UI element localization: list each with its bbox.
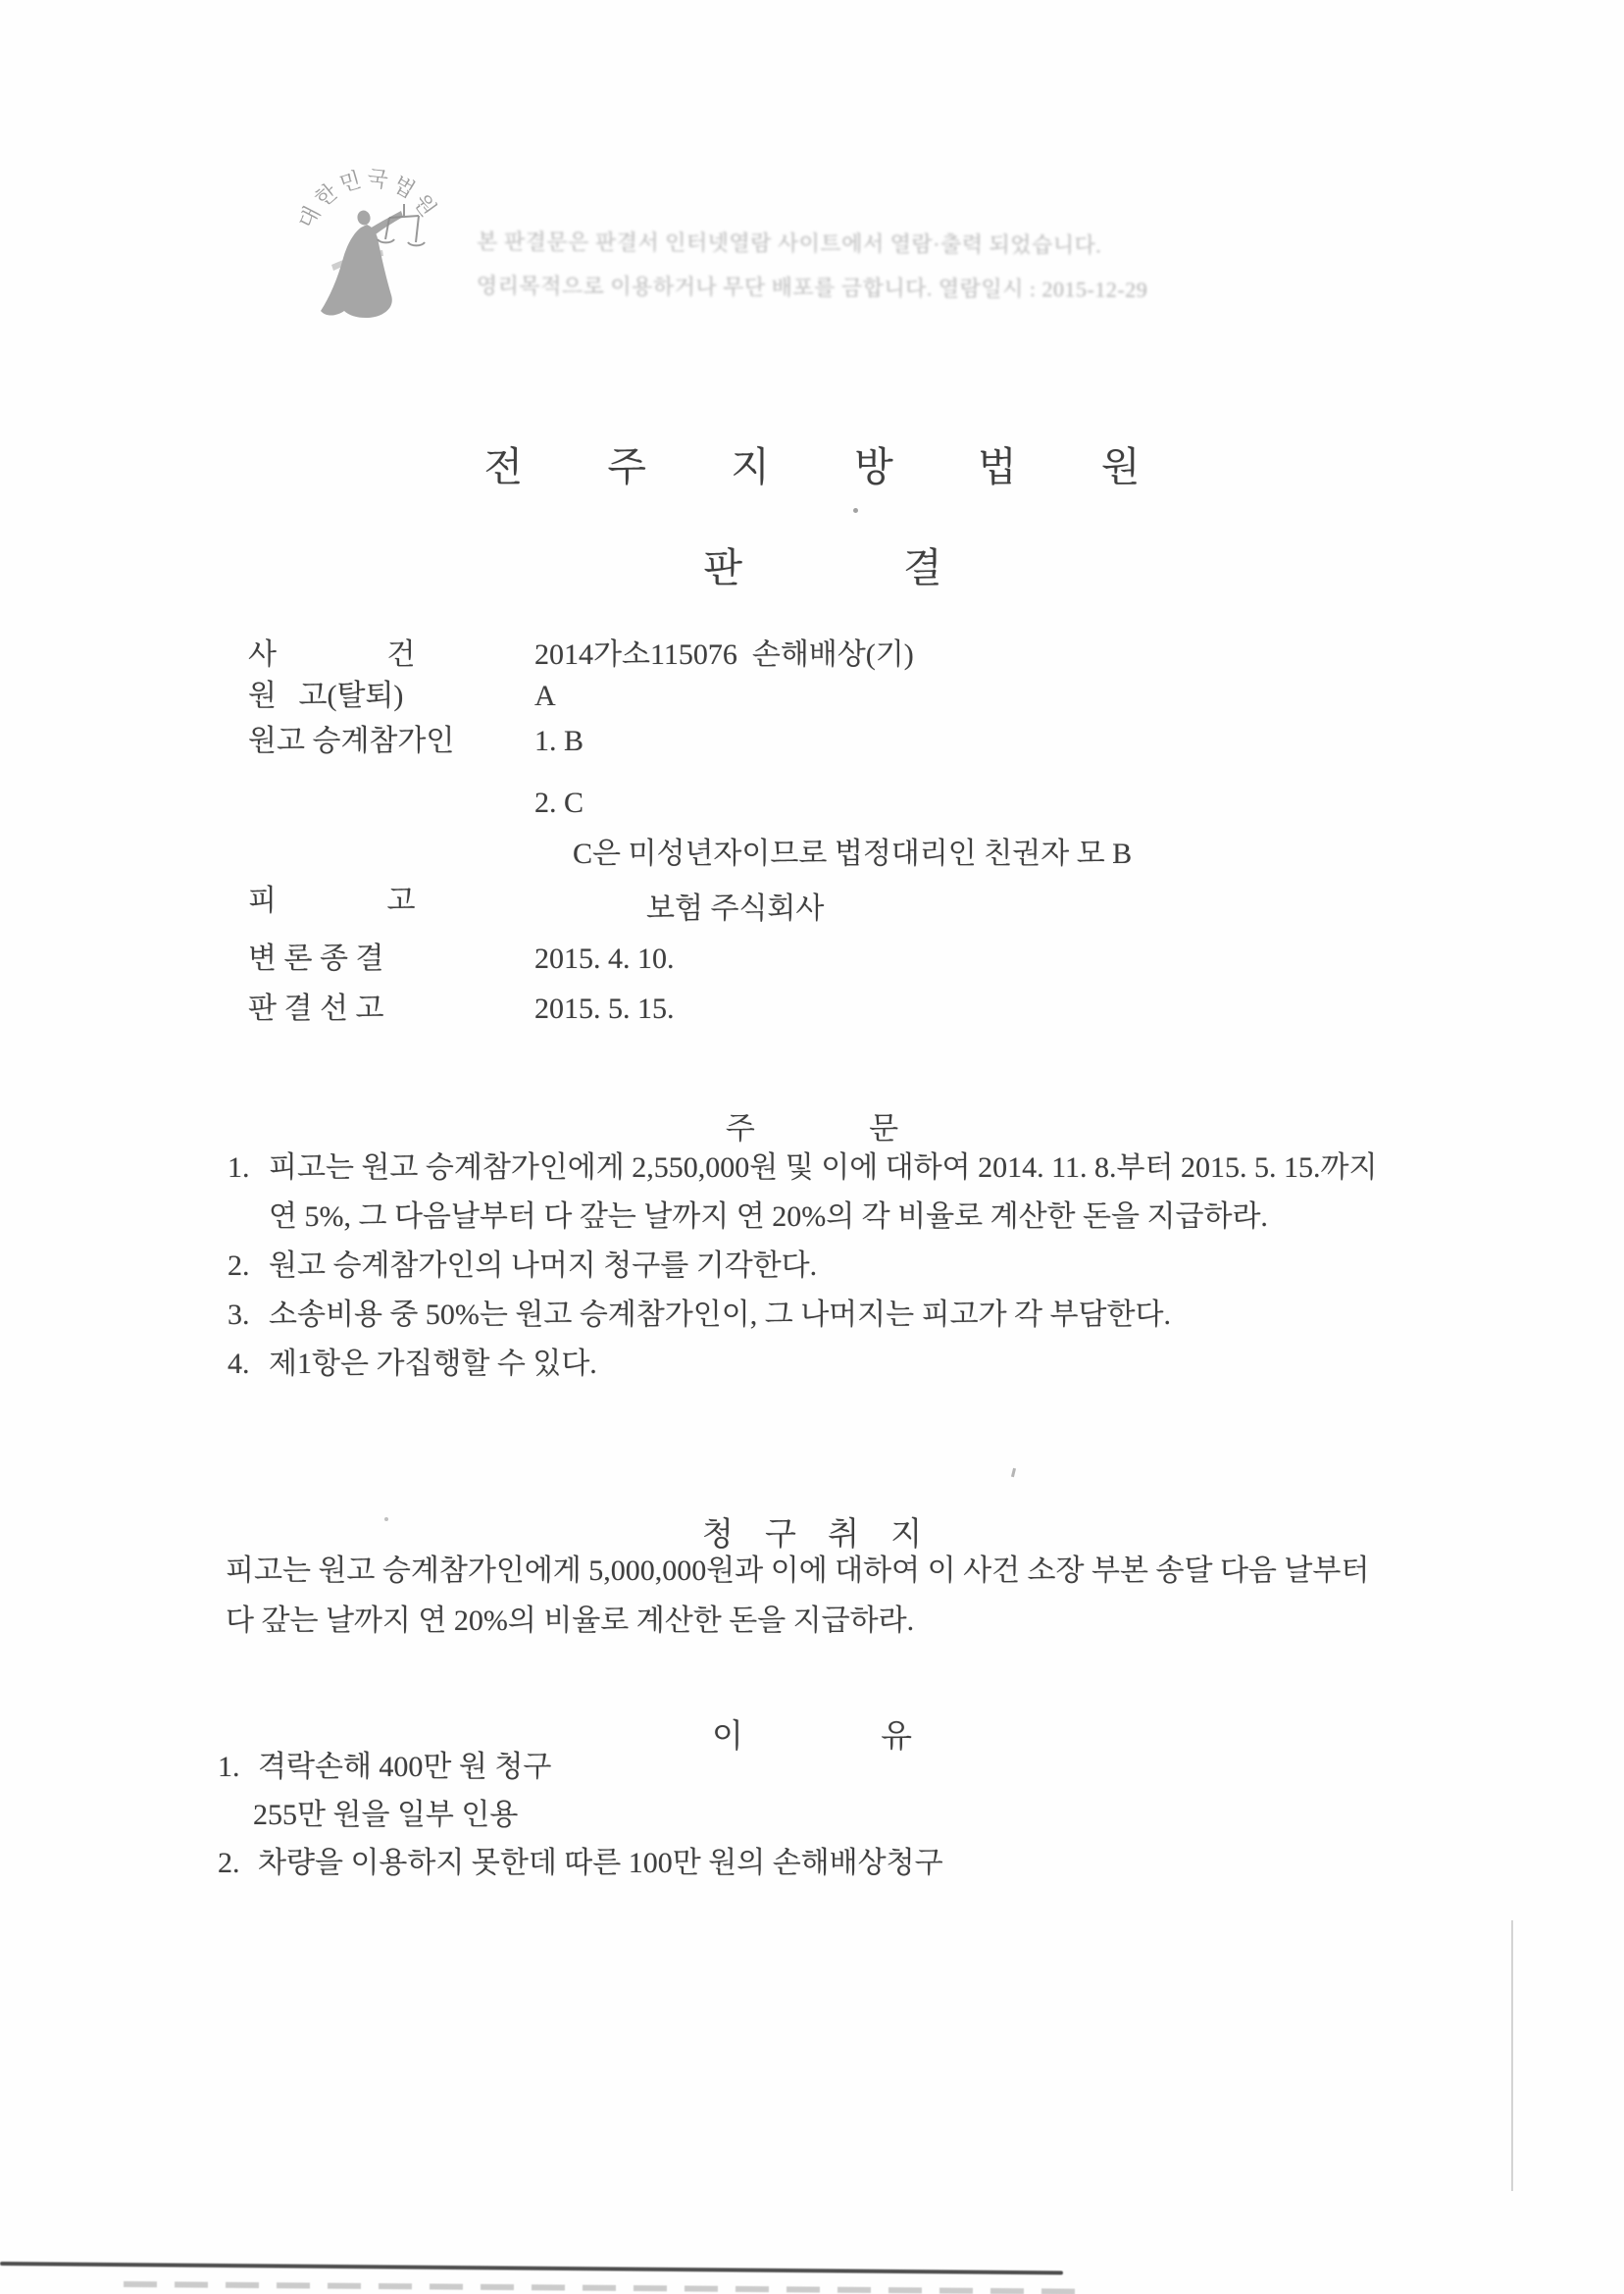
judgment-title: 판 결 bbox=[0, 535, 1624, 593]
scan-edge-band-bottom bbox=[124, 2281, 1085, 2294]
order-item-text: 원고 승계참가인의 나머지 청구를 기각한다. bbox=[269, 1249, 817, 1282]
scan-edge-line-right bbox=[1511, 1920, 1513, 2191]
reason-item-number: 2. bbox=[218, 1844, 258, 1883]
reason-item-number: 1. bbox=[218, 1748, 258, 1787]
court-name-title: 전 주 지 방 법 원 bbox=[0, 434, 1624, 492]
order-item-text: 피고는 원고 승계참가인에게 2,550,000원 및 이에 대하여 2014.… bbox=[269, 1151, 1377, 1233]
claim-body-text: 피고는 원고 승계참가인에게 5,000,000원과 이에 대하여 이 사건 소… bbox=[226, 1546, 1398, 1646]
judgment-date-label: 판 결 선 고 bbox=[248, 990, 383, 1029]
order-item-1: 1.피고는 원고 승계참가인에게 2,550,000원 및 이에 대하여 201… bbox=[228, 1144, 1400, 1242]
successor-value-2: 2. C bbox=[534, 784, 584, 823]
legal-representative-row: C은 미성년자이므로 법정대리인 친권자 모 B bbox=[0, 835, 1624, 874]
order-item-text: 제1항은 가집행할 수 있다. bbox=[269, 1348, 597, 1380]
lady-justice-figure bbox=[321, 209, 403, 318]
order-item-number: 3. bbox=[228, 1291, 269, 1340]
plaintiff-label: 원 고(탈퇴) bbox=[248, 677, 403, 716]
order-item-2: 2.원고 승계참가인의 나머지 청구를 기각한다. bbox=[228, 1242, 1400, 1291]
judgment-date-row: 판 결 선 고 2015. 5. 15. bbox=[0, 990, 1624, 1029]
scan-edge-line-bottom bbox=[0, 2262, 1063, 2274]
plaintiff-value: A bbox=[534, 677, 556, 716]
scan-speck bbox=[853, 508, 858, 513]
watermark-line-2: 영리목적으로 이용하거나 무단 배포를 금합니다. 열람일시 : 2015-12… bbox=[477, 264, 1202, 313]
watermark-line-1: 본 판결문은 판결서 인터넷열람 사이트에서 열람·출력 되었습니다. bbox=[477, 220, 1202, 269]
successor-row-2: 2. C bbox=[0, 784, 1624, 823]
scan-speck bbox=[1011, 1468, 1016, 1477]
order-item-4: 4.제1항은 가집행할 수 있다. bbox=[228, 1340, 1400, 1389]
order-item-number: 2. bbox=[228, 1242, 269, 1291]
hearing-closed-label: 변 론 종 결 bbox=[248, 940, 383, 979]
successor-label: 원고 승계참가인 bbox=[248, 722, 454, 761]
reason-item-1: 1.격락손해 400만 원 청구 bbox=[218, 1748, 551, 1787]
hearing-closed-row: 변 론 종 결 2015. 4. 10. bbox=[0, 940, 1624, 979]
defendant-row: 피 고 보험 주식회사 bbox=[0, 882, 1624, 921]
order-item-text: 소송비용 중 50%는 원고 승계참가인이, 그 나머지는 피고가 각 부담한다… bbox=[269, 1299, 1171, 1331]
order-section-heading: 주 문 bbox=[0, 1103, 1624, 1147]
court-logo: 대한민국법원 bbox=[273, 142, 498, 387]
scales-of-justice-icon: 대한민국법원 bbox=[273, 142, 498, 387]
reason-subitem: 255만 원을 일부 인용 bbox=[253, 1796, 518, 1835]
defendant-label: 피 고 bbox=[248, 882, 415, 921]
plaintiff-row: 원 고(탈퇴) A bbox=[0, 677, 1624, 716]
order-item-number: 1. bbox=[228, 1144, 269, 1193]
order-item-number: 4. bbox=[228, 1340, 269, 1389]
defendant-value: 보험 주식회사 bbox=[646, 890, 824, 929]
case-info-row: 사 건 2014가소115076 손해배상(기) bbox=[0, 636, 1624, 675]
judgment-date-value: 2015. 5. 15. bbox=[534, 990, 675, 1029]
hearing-closed-date: 2015. 4. 10. bbox=[534, 940, 675, 979]
legal-representative-note: C은 미성년자이므로 법정대리인 친권자 모 B bbox=[573, 835, 1132, 874]
case-label: 사 건 bbox=[248, 636, 415, 675]
scan-speck bbox=[384, 1517, 388, 1521]
order-list: 1.피고는 원고 승계참가인에게 2,550,000원 및 이에 대하여 201… bbox=[228, 1144, 1400, 1389]
successor-row: 원고 승계참가인 1. B bbox=[0, 722, 1624, 761]
successor-value-1: 1. B bbox=[534, 722, 584, 761]
order-item-3: 3.소송비용 중 50%는 원고 승계참가인이, 그 나머지는 피고가 각 부담… bbox=[228, 1291, 1400, 1340]
case-number-value: 2014가소115076 손해배상(기) bbox=[534, 636, 914, 675]
reason-item-2: 2.차량을 이용하지 못한데 따른 100만 원의 손해배상청구 bbox=[218, 1844, 943, 1883]
reason-item-text: 차량을 이용하지 못한데 따른 100만 원의 손해배상청구 bbox=[258, 1847, 943, 1879]
watermark-text: 본 판결문은 판결서 인터넷열람 사이트에서 열람·출력 되었습니다. 영리목적… bbox=[477, 220, 1203, 313]
reason-subitem-text: 255만 원을 일부 인용 bbox=[253, 1799, 518, 1831]
reason-item-text: 격락손해 400만 원 청구 bbox=[258, 1751, 551, 1783]
judgment-document-page: 대한민국법원 본 판결문은 판결서 인터넷열람 사이트에서 열람·출력 되었습니… bbox=[0, 0, 1624, 2294]
